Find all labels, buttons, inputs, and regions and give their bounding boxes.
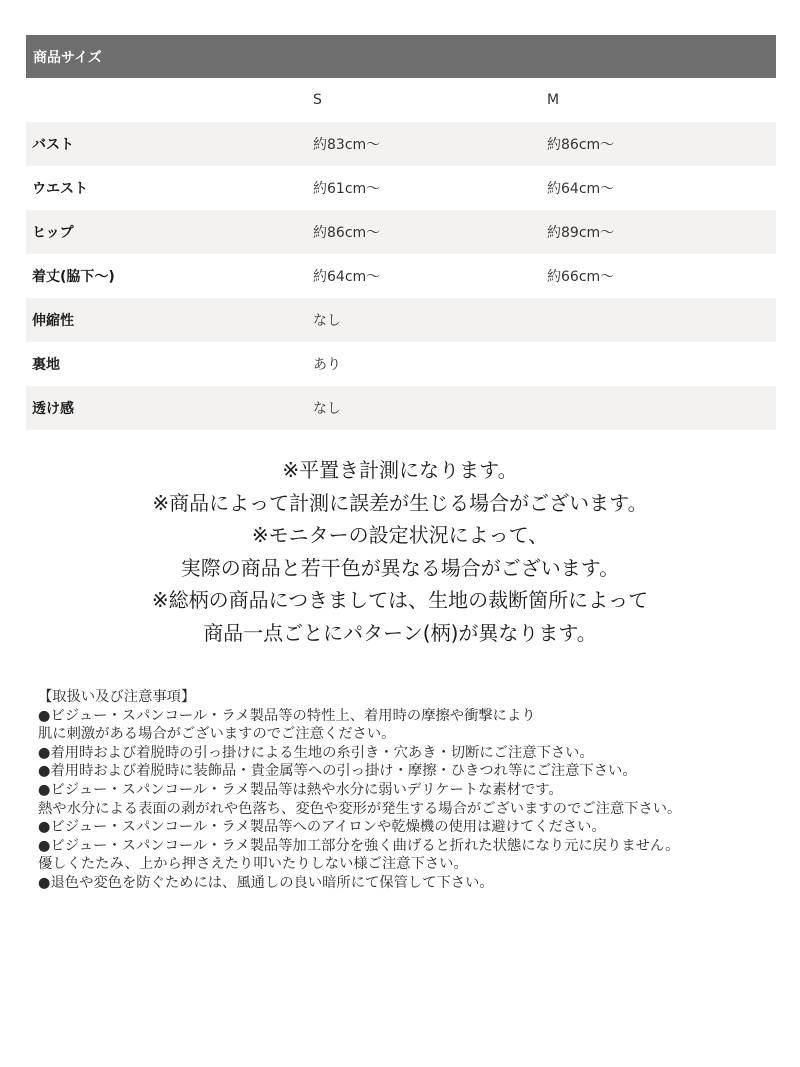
row-value-s: あり <box>313 354 547 374</box>
row-value-m: 約89cm〜 <box>547 222 776 242</box>
table-row-stretch: 伸縮性 なし <box>26 298 776 342</box>
size-header-m: M <box>547 92 776 108</box>
care-heading: 【取扱い及び注意事項】 <box>38 688 798 707</box>
note-line: ※平置き計測になります。 <box>0 454 800 487</box>
table-row-length: 着丈(脇下〜) 約64cm〜 約66cm〜 <box>26 254 776 298</box>
row-value-s: 約86cm〜 <box>313 222 547 242</box>
row-label: 伸縮性 <box>26 310 313 330</box>
care-line: 優しくたたみ、上から押さえたり叩いたりしない様ご注意下さい。 <box>38 855 798 874</box>
row-value-s: なし <box>313 398 547 418</box>
measurement-notes: ※平置き計測になります。 ※商品によって計測に誤差が生じる場合がございます。 ※… <box>0 454 800 649</box>
care-line: ●ビジュー・スパンコール・ラメ製品等は熱や水分に弱いデリケートな素材です。 <box>38 781 798 800</box>
row-value-m: 約66cm〜 <box>547 266 776 286</box>
care-line: ●着用時および着脱時に装飾品・貴金属等への引っ掛け・摩擦・ひきつれ等にご注意下さ… <box>38 762 798 781</box>
table-row-sheerness: 透け感 なし <box>26 386 776 430</box>
care-line: ●ビジュー・スパンコール・ラメ製品等の特性上、着用時の摩擦や衝撃により <box>38 707 798 726</box>
row-label: 透け感 <box>26 398 313 418</box>
care-line: ●着用時および着脱時の引っ掛けによる生地の糸引き・穴あき・切断にご注意下さい。 <box>38 744 798 763</box>
row-value-s: なし <box>313 310 547 330</box>
table-row-lining: 裏地 あり <box>26 342 776 386</box>
row-value-s: 約83cm〜 <box>313 134 547 154</box>
table-row-waist: ウエスト 約61cm〜 約64cm〜 <box>26 166 776 210</box>
row-label: バスト <box>26 134 313 154</box>
note-line: 商品一点ごとにパターン(柄)が異なります。 <box>0 617 800 650</box>
row-value-s: 約61cm〜 <box>313 178 547 198</box>
care-line: 熱や水分による表面の剥がれや色落ち、変色や変形が発生する場合がございますのでご注… <box>38 800 798 819</box>
care-line: ●退色や変色を防ぐためには、風通しの良い暗所にて保管して下さい。 <box>38 874 798 893</box>
size-header-s: S <box>313 92 547 108</box>
note-line: 実際の商品と若干色が異なる場合がございます。 <box>0 552 800 585</box>
row-label: ヒップ <box>26 222 313 242</box>
table-row-bust: バスト 約83cm〜 約86cm〜 <box>26 122 776 166</box>
note-line: ※総柄の商品につきましては、生地の裁断箇所によって <box>0 584 800 617</box>
row-label: 着丈(脇下〜) <box>26 266 313 286</box>
care-line: ●ビジュー・スパンコール・ラメ製品等加工部分を強く曲げると折れた状態になり元に戻… <box>38 837 798 856</box>
row-label: ウエスト <box>26 178 313 198</box>
note-line: ※モニターの設定状況によって、 <box>0 519 800 552</box>
row-value-m: 約86cm〜 <box>547 134 776 154</box>
row-value-s: 約64cm〜 <box>313 266 547 286</box>
row-label: 裏地 <box>26 354 313 374</box>
table-row-hip: ヒップ 約86cm〜 約89cm〜 <box>26 210 776 254</box>
size-table-title: 商品サイズ <box>26 35 776 78</box>
care-line: 肌に刺激がある場合がございますのでご注意ください。 <box>38 725 798 744</box>
care-instructions: 【取扱い及び注意事項】 ●ビジュー・スパンコール・ラメ製品等の特性上、着用時の摩… <box>38 688 798 893</box>
care-line: ●ビジュー・スパンコール・ラメ製品等へのアイロンや乾燥機の使用は避けてください。 <box>38 818 798 837</box>
row-value-m: 約64cm〜 <box>547 178 776 198</box>
size-header-row: S M <box>26 78 776 122</box>
size-table: 商品サイズ S M バスト 約83cm〜 約86cm〜 ウエスト 約61cm〜 … <box>26 35 776 430</box>
note-line: ※商品によって計測に誤差が生じる場合がございます。 <box>0 487 800 520</box>
